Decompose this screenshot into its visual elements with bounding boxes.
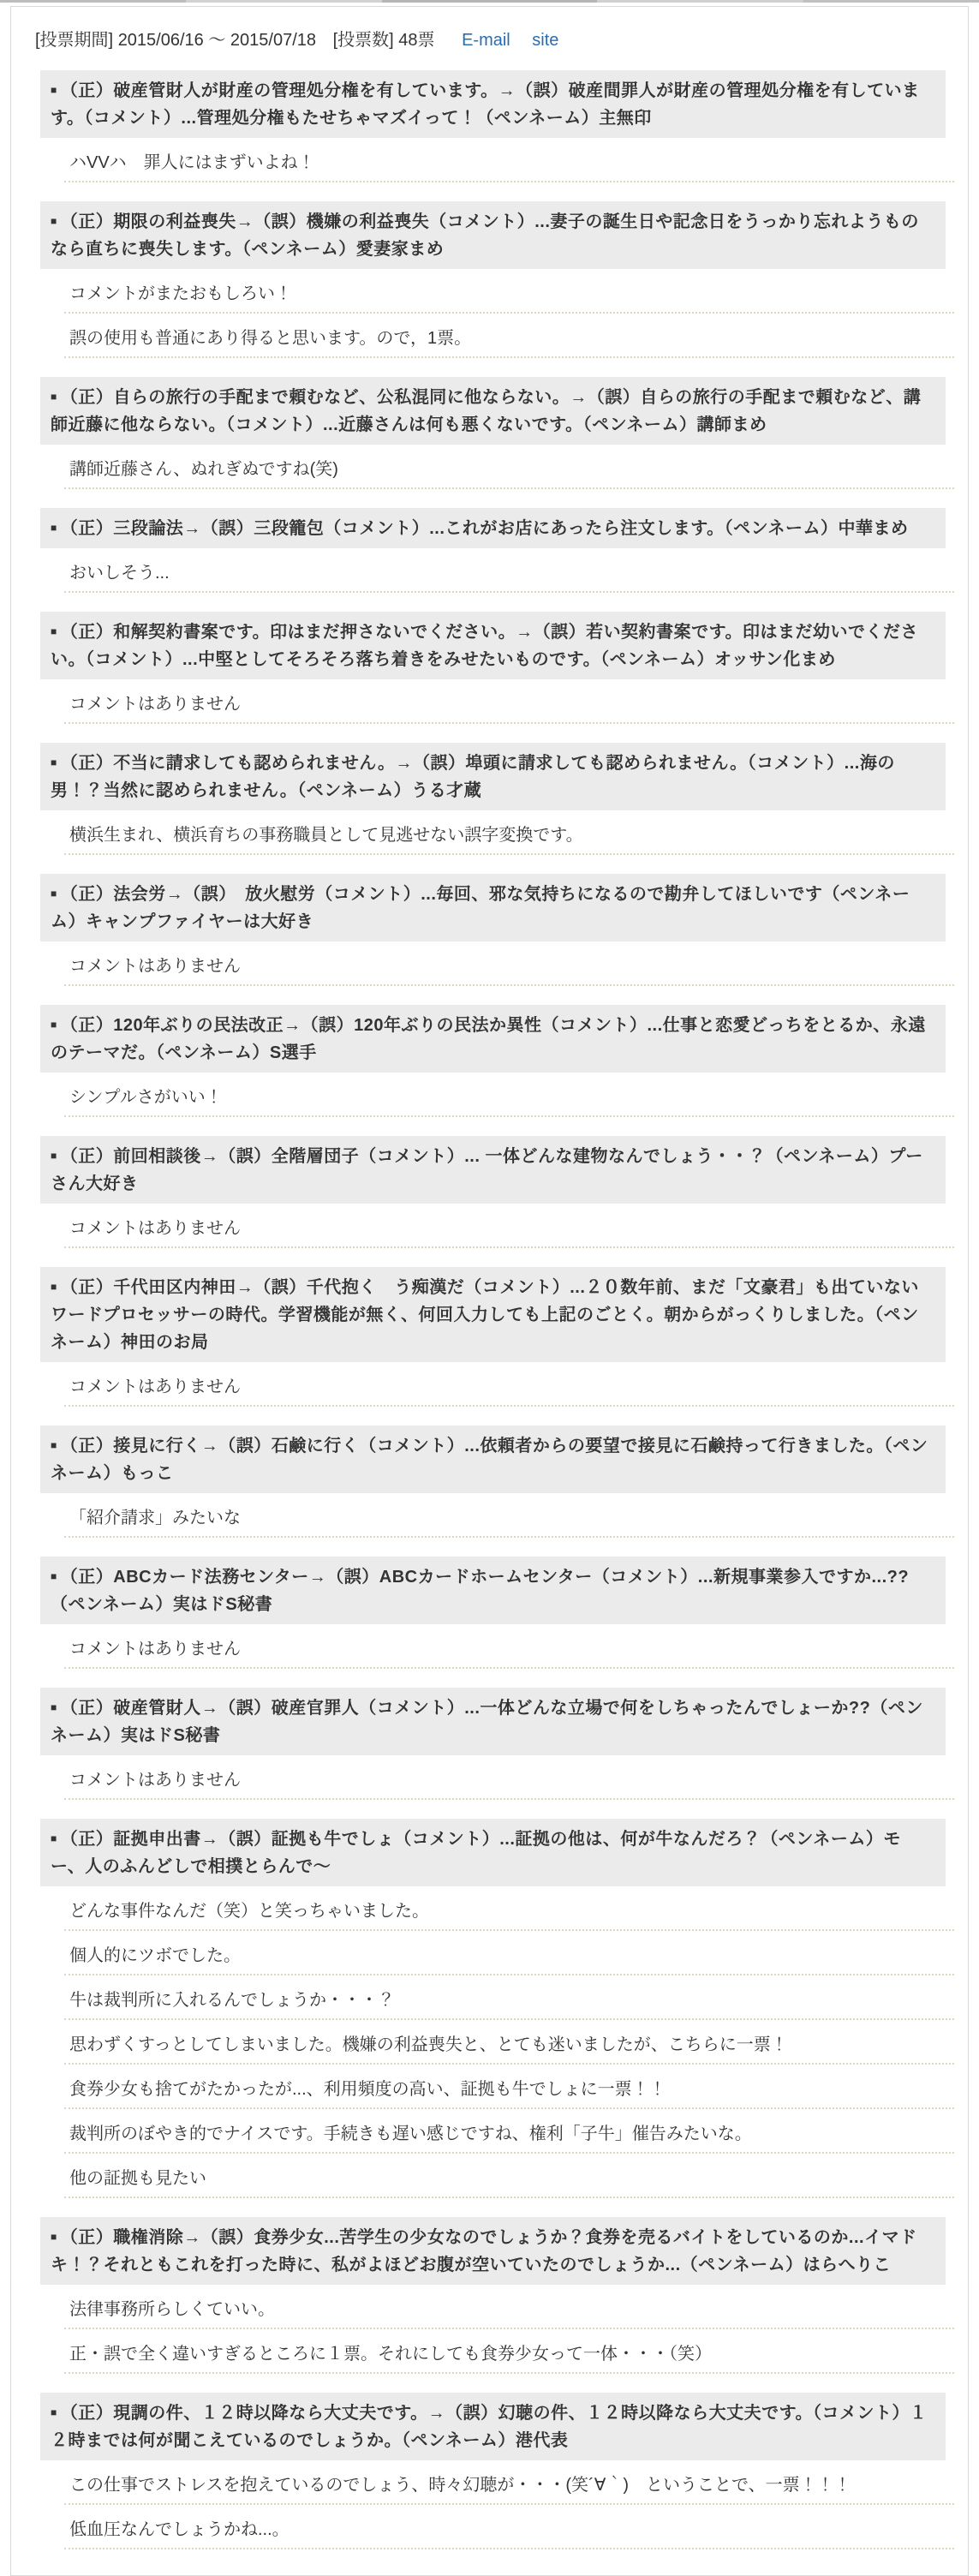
entry-text: （正）破産管財人→（誤）破産官罪人（コメント）...一体どんな立場で何をしちゃっ… (51, 1699, 923, 1745)
vote-comment: 他の証拠も見たい (64, 2154, 954, 2198)
entry-text: （正）法会労→（誤） 放火慰労（コメント）...毎回、邪な気持ちになるので勘弁し… (51, 885, 910, 931)
entry-text-row: ■（正）千代田区内神田→（誤）千代抱く う痴漢だ（コメント）...２０数年前、ま… (40, 1267, 946, 1362)
comment-text: 個人的にツボでした。 (69, 1946, 241, 1965)
entry-text: （正）和解契約書案です。印はまだ押さないでください。→（誤）若い契約書案です。印… (51, 623, 918, 669)
comment-text: 牛は裁判所に入れるんでしょうか・・・？ (69, 1991, 395, 2010)
comment-text: コメントはありません (69, 1378, 241, 1396)
misconversion-entry: ■（正）接見に行く→（誤）石鹸に行く（コメント）...依頼者からの要望で接見に石… (21, 1425, 958, 1538)
entry-text: （正）ABCカード法務センター→（誤）ABCカードホームセンター（コメント）..… (51, 1568, 909, 1614)
square-bullet-icon: ■ (51, 1439, 57, 1451)
comment-text: コメントはありません (69, 957, 241, 976)
cutoff-table-border (0, 0, 979, 3)
site-link[interactable]: site (532, 31, 558, 50)
vote-comment: コメントはありません (64, 679, 954, 724)
misconversion-entry: ■（正）三段論法→（誤）三段籠包（コメント）...これがお店にあったら注文します… (21, 508, 958, 593)
comment-text: どんな事件なんだ（笑）と笑っちゃいました。 (69, 1902, 429, 1921)
vote-comment: コメントはありません (64, 941, 954, 986)
entry-text: （正）前回相談後→（誤）全階層団子（コメント）... 一体どんな建物なんでしょう… (51, 1147, 923, 1193)
entry-list: ■（正）破産管財人が財産の管理処分権を有しています。→（誤）破産間罪人が財産の管… (21, 70, 958, 2549)
vote-comment: おいしそう... (64, 548, 954, 593)
comment-text: ハVVハ 罪人にはまずいよね！ (69, 153, 315, 172)
square-bullet-icon: ■ (51, 522, 57, 534)
entry-text: （正）期限の利益喪失→（誤）機嫌の利益喪失（コメント）...妻子の誕生日や記念日… (51, 212, 919, 259)
square-bullet-icon: ■ (51, 1701, 57, 1713)
entry-text-row: ■（正）自らの旅行の手配まで頼むなど、公私混同に他ならない。→（誤）自らの旅行の… (40, 377, 946, 445)
misconversion-entry: ■（正）職権消除→（誤）食券少女...苦学生の少女なのでしょうか？食券を売るバイ… (21, 2217, 958, 2374)
comment-text: 他の証拠も見たい (69, 2169, 206, 2188)
entry-text-row: ■（正）職権消除→（誤）食券少女...苦学生の少女なのでしょうか？食券を売るバイ… (40, 2217, 946, 2285)
content-frame: [投票期間] 2015/06/16 ～ 2015/07/18 [投票数] 48票… (10, 6, 969, 2576)
entry-text-row: ■（正）ABCカード法務センター→（誤）ABCカードホームセンター（コメント）.… (40, 1557, 946, 1624)
comment-text: 「紹介請求」みたいな (69, 1509, 241, 1527)
square-bullet-icon: ■ (51, 1150, 57, 1162)
vote-comment: シンプルさがいい！ (64, 1073, 954, 1117)
vote-comment: 横浜生まれ、横浜育ちの事務職員として見逃せない誤字変換です。 (64, 810, 954, 855)
comment-text: 正・誤で全く違いすぎるところに１票。それにしても食券少女って一体・・・（笑） (69, 2345, 712, 2364)
misconversion-entry: ■（正）法会労→（誤） 放火慰労（コメント）...毎回、邪な気持ちになるので勘弁… (21, 874, 958, 986)
misconversion-entry: ■（正）和解契約書案です。印はまだ押さないでください。→（誤）若い契約書案です。… (21, 612, 958, 724)
vote-comment: 思わずくすっとしてしまいました。機嫌の利益喪失と、とても迷いましたが、こちらに一… (64, 2020, 954, 2065)
entry-text-row: ■（正）120年ぶりの民法改正→（誤）120年ぶりの民法か異性（コメント）...… (40, 1005, 946, 1073)
entry-text: （正）接見に行く→（誤）石鹸に行く（コメント）...依頼者からの要望で接見に石鹸… (51, 1437, 928, 1483)
misconversion-entry: ■（正）不当に請求しても認められません。→（誤）埠頭に請求しても認められません。… (21, 743, 958, 855)
comment-text: シンプルさがいい！ (69, 1088, 223, 1107)
entry-text-row: ■（正）破産管財人→（誤）破産官罪人（コメント）...一体どんな立場で何をしちゃ… (40, 1688, 946, 1755)
vote-meta-header: [投票期間] 2015/06/16 ～ 2015/07/18 [投票数] 48票… (35, 29, 944, 51)
square-bullet-icon: ■ (51, 1019, 57, 1031)
comment-text: おいしそう... (69, 564, 170, 583)
vote-comment: コメントはありません (64, 1755, 954, 1800)
square-bullet-icon: ■ (51, 2406, 57, 2418)
entry-text: （正）職権消除→（誤）食券少女...苦学生の少女なのでしょうか？食券を売るバイト… (51, 2228, 917, 2274)
entry-text-row: ■（正）三段論法→（誤）三段籠包（コメント）...これがお店にあったら注文します… (40, 508, 946, 548)
entry-text-row: ■（正）不当に請求しても認められません。→（誤）埠頭に請求しても認められません。… (40, 743, 946, 810)
comment-text: コメントはありません (69, 695, 241, 714)
vote-comment: 正・誤で全く違いすぎるところに１票。それにしても食券少女って一体・・・（笑） (64, 2329, 954, 2374)
comment-text: コメントがまたおもしろい！ (69, 284, 292, 303)
vote-comment: どんな事件なんだ（笑）と笑っちゃいました。 (64, 1886, 954, 1931)
square-bullet-icon: ■ (51, 84, 57, 96)
vote-comment: コメントはありません (64, 1362, 954, 1407)
vote-comment: 講師近藤さん、ぬれぎぬですね(笑) (64, 445, 954, 489)
comment-text: コメントはありません (69, 1219, 241, 1238)
vote-period-value: 2015/06/16 ～ 2015/07/18 (118, 31, 316, 50)
entry-text-row: ■（正）期限の利益喪失→（誤）機嫌の利益喪失（コメント）...妻子の誕生日や記念… (40, 201, 946, 269)
misconversion-entry: ■（正）証拠申出書→（誤）証拠も牛でしょ（コメント）...証拠の他は、何が牛なん… (21, 1819, 958, 2198)
square-bullet-icon: ■ (51, 888, 57, 900)
entry-text: （正）三段論法→（誤）三段籠包（コメント）...これがお店にあったら注文します。… (61, 519, 909, 538)
comment-text: コメントはありません (69, 1771, 241, 1790)
entry-text-row: ■（正）証拠申出書→（誤）証拠も牛でしょ（コメント）...証拠の他は、何が牛なん… (40, 1819, 946, 1886)
vote-comment: この仕事でストレスを抱えているのでしょう、時々幻聴が・・・(笑´∀｀) というこ… (64, 2460, 954, 2505)
comment-text: 低血圧なんでしょうかね...。 (69, 2520, 290, 2539)
comment-text: 食券少女も捨てがたかったが...、利用頻度の高い、証拠も牛でしょに一票！！ (69, 2080, 666, 2099)
square-bullet-icon: ■ (51, 625, 57, 637)
misconversion-entry: ■（正）前回相談後→（誤）全階層団子（コメント）... 一体どんな建物なんでしょ… (21, 1136, 958, 1248)
square-bullet-icon: ■ (51, 391, 57, 403)
vote-comment: 牛は裁判所に入れるんでしょうか・・・？ (64, 1975, 954, 2020)
vote-comment: 個人的にツボでした。 (64, 1931, 954, 1975)
comment-text: 誤の使用も普通にあり得ると思います。ので，1票。 (69, 329, 471, 348)
entry-text: （正）自らの旅行の手配まで頼むなど、公私混同に他ならない。→（誤）自らの旅行の手… (51, 388, 921, 434)
square-bullet-icon: ■ (51, 1570, 57, 1582)
vote-comment: 誤の使用も普通にあり得ると思います。ので，1票。 (64, 314, 954, 358)
entry-text: （正）120年ぶりの民法改正→（誤）120年ぶりの民法か異性（コメント）...仕… (51, 1016, 926, 1062)
entry-text-row: ■（正）破産管財人が財産の管理処分権を有しています。→（誤）破産間罪人が財産の管… (40, 70, 946, 138)
vote-comment: ハVVハ 罪人にはまずいよね！ (64, 138, 954, 182)
vote-comment: 食券少女も捨てがたかったが...、利用頻度の高い、証拠も牛でしょに一票！！ (64, 2065, 954, 2109)
square-bullet-icon: ■ (51, 215, 57, 227)
vote-count-value: 48票 (398, 31, 434, 50)
comment-text: 裁判所のぼやき的でナイスです。手続きも遅い感じですね、権利「子牛」催告みたいな。 (69, 2125, 752, 2143)
comment-text: 思わずくすっとしてしまいました。機嫌の利益喪失と、とても迷いましたが、こちらに一… (69, 2035, 788, 2054)
comment-text: 法律事務所らしくていい。 (69, 2300, 275, 2319)
entry-text-row: ■（正）接見に行く→（誤）石鹸に行く（コメント）...依頼者からの要望で接見に石… (40, 1425, 946, 1493)
vote-comment: コメントはありません (64, 1204, 954, 1248)
entry-text: （正）証拠申出書→（誤）証拠も牛でしょ（コメント）...証拠の他は、何が牛なんだ… (51, 1830, 901, 1876)
square-bullet-icon: ■ (51, 756, 57, 768)
entry-text: （正）不当に請求しても認められません。→（誤）埠頭に請求しても認められません。（… (51, 754, 895, 800)
vote-comment: 裁判所のぼやき的でナイスです。手続きも遅い感じですね、権利「子牛」催告みたいな。 (64, 2109, 954, 2154)
misconversion-entry: ■（正）破産管財人が財産の管理処分権を有しています。→（誤）破産間罪人が財産の管… (21, 70, 958, 182)
misconversion-entry: ■（正）期限の利益喪失→（誤）機嫌の利益喪失（コメント）...妻子の誕生日や記念… (21, 201, 958, 358)
misconversion-entry: ■（正）ABCカード法務センター→（誤）ABCカードホームセンター（コメント）.… (21, 1557, 958, 1669)
vote-count-label: [投票数] (333, 31, 394, 50)
comment-text: この仕事でストレスを抱えているのでしょう、時々幻聴が・・・(笑´∀｀) というこ… (69, 2476, 851, 2495)
misconversion-entry: ■（正）破産管財人→（誤）破産官罪人（コメント）...一体どんな立場で何をしちゃ… (21, 1688, 958, 1800)
misconversion-entry: ■（正）千代田区内神田→（誤）千代抱く う痴漢だ（コメント）...２０数年前、ま… (21, 1267, 958, 1407)
misconversion-entry: ■（正）120年ぶりの民法改正→（誤）120年ぶりの民法か異性（コメント）...… (21, 1005, 958, 1117)
comment-text: 講師近藤さん、ぬれぎぬですね(笑) (69, 460, 338, 479)
comment-text: コメントはありません (69, 1640, 241, 1659)
email-link[interactable]: E-mail (462, 31, 510, 50)
comment-text: 横浜生まれ、横浜育ちの事務職員として見逃せない誤字変換です。 (69, 826, 583, 845)
square-bullet-icon: ■ (51, 1281, 57, 1293)
entry-text: （正）現調の件、１２時以降なら大丈夫です。→（誤）幻聴の件、１２時以降なら大丈夫… (51, 2404, 928, 2450)
entry-text: （正）破産管財人が財産の管理処分権を有しています。→（誤）破産間罪人が財産の管理… (51, 81, 920, 128)
entry-text: （正）千代田区内神田→（誤）千代抱く う痴漢だ（コメント）...２０数年前、まだ… (51, 1278, 919, 1352)
entry-text-row: ■（正）現調の件、１２時以降なら大丈夫です。→（誤）幻聴の件、１２時以降なら大丈… (40, 2393, 946, 2460)
square-bullet-icon: ■ (51, 2231, 57, 2243)
vote-comment: コメントはありません (64, 1624, 954, 1669)
vote-comment: 「紹介請求」みたいな (64, 1493, 954, 1538)
misconversion-entry: ■（正）現調の件、１２時以降なら大丈夫です。→（誤）幻聴の件、１２時以降なら大丈… (21, 2393, 958, 2549)
vote-comment: 低血圧なんでしょうかね...。 (64, 2505, 954, 2549)
entry-text-row: ■（正）前回相談後→（誤）全階層団子（コメント）... 一体どんな建物なんでしょ… (40, 1136, 946, 1204)
vote-comment: 法律事務所らしくていい。 (64, 2285, 954, 2329)
entry-text-row: ■（正）和解契約書案です。印はまだ押さないでください。→（誤）若い契約書案です。… (40, 612, 946, 679)
misconversion-entry: ■（正）自らの旅行の手配まで頼むなど、公私混同に他ならない。→（誤）自らの旅行の… (21, 377, 958, 489)
vote-period-label: [投票期間] (35, 31, 113, 50)
vote-comment: コメントがまたおもしろい！ (64, 269, 954, 314)
square-bullet-icon: ■ (51, 1832, 57, 1844)
entry-text-row: ■（正）法会労→（誤） 放火慰労（コメント）...毎回、邪な気持ちになるので勘弁… (40, 874, 946, 941)
